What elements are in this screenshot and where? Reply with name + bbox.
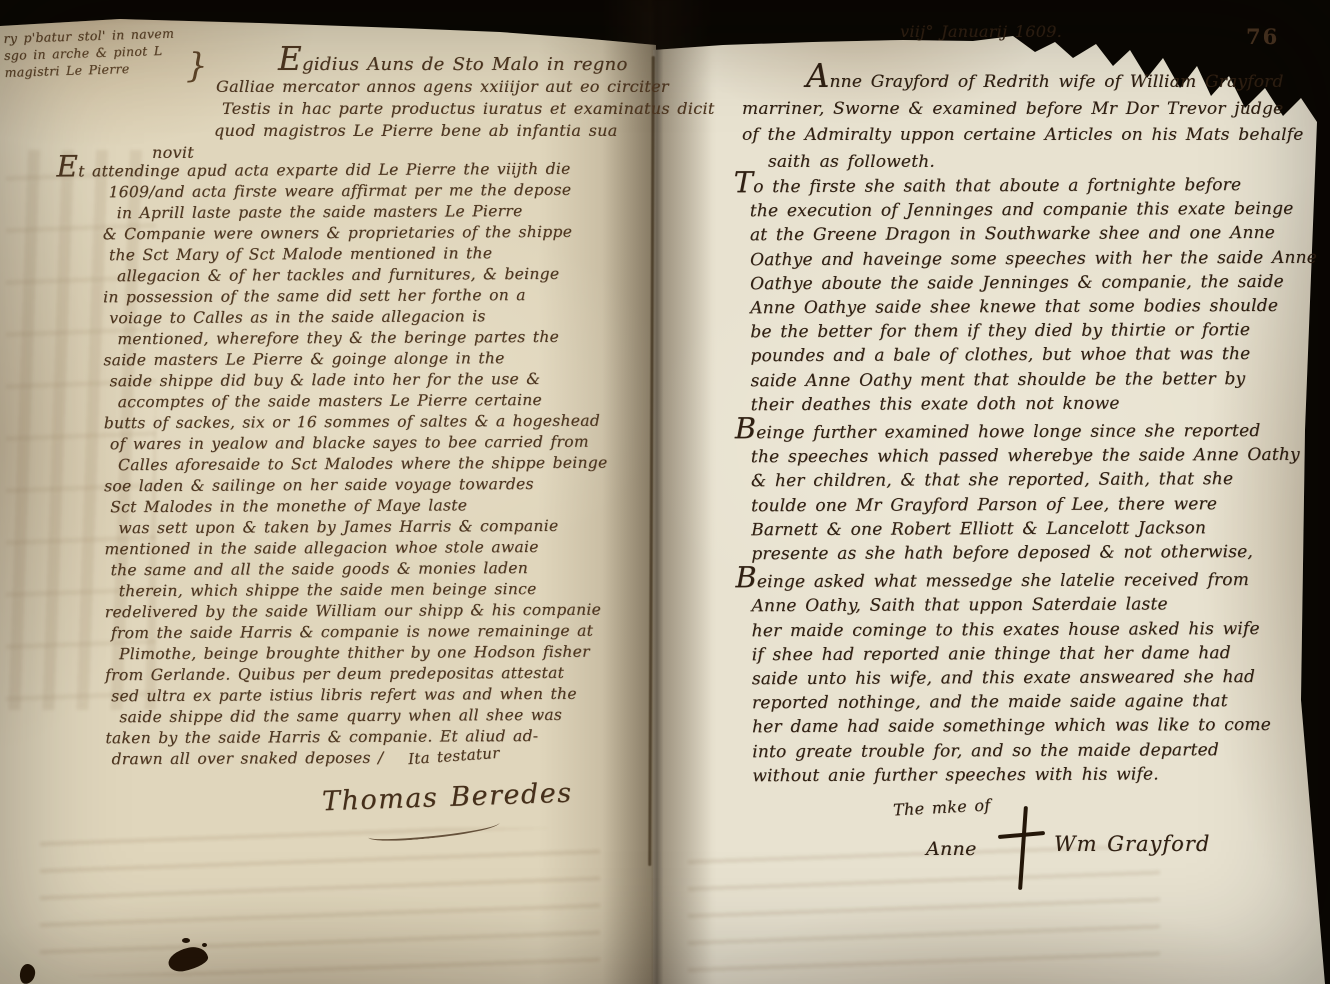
left-latin-preamble: Egidius Auns de Sto Malo in regnoGalliae… [130, 48, 655, 164]
deposition-line: mentioned, wherefore they & the beringe … [117, 327, 622, 351]
deposition-line: the execution of Jenninges and companie … [750, 197, 1314, 224]
deposition-line: was sett upon & taken by James Harris & … [118, 516, 623, 540]
answer-paragraph-2: Beinge further examined howe longe since… [735, 415, 1316, 567]
manuscript-photo: ry p'batur stol' in navemsgo in arche & … [0, 0, 1330, 984]
deposition-line: allegacion & of her tackles and furnitur… [117, 264, 622, 288]
cross-vertical-stroke [1018, 806, 1028, 890]
ink-blot [202, 943, 207, 947]
anne-mark-cross-icon [996, 806, 1048, 894]
deposition-line: To the firste she saith that aboute a fo… [734, 169, 1314, 200]
deposition-line: in Aprill laste paste the saide masters … [117, 201, 622, 225]
intro-line: marriner, Sworne & examined before Mr Do… [742, 96, 1307, 123]
deposition-line: Calles aforesaide to Sct Malodes where t… [118, 453, 623, 477]
deponent-intro: Anne Grayford of Redrith wife of William… [742, 64, 1307, 175]
deposition-line: soe laden & sailinge on her saide voyage… [104, 474, 623, 498]
answer-paragraph-1: To the firste she saith that aboute a fo… [734, 169, 1315, 418]
deposition-line: butts of sackes, six or 16 sommes of sal… [104, 411, 623, 435]
folio-page-number: 76 [1246, 24, 1279, 49]
date-heading: viij° Januarij 1609. [900, 22, 1062, 41]
deposition-line: in possession of the same did sett her f… [103, 285, 622, 309]
deposition-line: mentioned in the saide allegacion whoe s… [104, 537, 623, 561]
intro-line: Anne Grayford of Redrith wife of William… [806, 64, 1307, 96]
deposition-line: toulde one Mr Grayford Parson of Lee, th… [751, 491, 1315, 518]
left-deposition-body: Et attendinge apud acta exparte did Le P… [56, 153, 624, 771]
intro-line: of the Admiralty uppon certaine Articles… [742, 122, 1307, 149]
deposition-line: sed ultra ex parte istius libris refert … [111, 684, 624, 708]
deposition-line: Barnett & one Robert Elliott & Lancelott… [751, 516, 1315, 543]
preamble-line: Egidius Auns de Sto Malo in regno [278, 48, 655, 76]
deposition-line: at the Greene Dragon in Southwarke shee … [750, 221, 1314, 248]
deposition-line: & Companie were owners & proprietaries o… [103, 222, 622, 246]
deposition-line: Beinge further examined howe longe since… [735, 415, 1315, 446]
deposition-line: reported nothinge, and the maide saide a… [752, 689, 1316, 716]
deposition-line: of wares in yealow and blacke sayes to b… [110, 432, 623, 456]
deposition-line: the Sct Mary of Sct Malode mentioned in … [109, 243, 622, 267]
deposition-line: accomptes of the saide masters Le Pierre… [118, 390, 623, 414]
deposition-line: Anne Oathye saide shee knewe that some b… [750, 294, 1314, 321]
deposition-line: saide masters Le Pierre & goinge alonge … [103, 348, 622, 372]
answer-paragraph-3: Beinge asked what messedge she latelie r… [735, 564, 1316, 788]
deposition-line: Oathye aboute the saide Jenninges & comp… [750, 270, 1314, 297]
deposition-line: without anie further speeches with his w… [752, 762, 1316, 789]
deposition-line: Plimothe, beinge broughte thither by one… [119, 642, 624, 666]
deposition-line: saide unto his wife, and this exate answ… [752, 665, 1316, 692]
deposition-line: if shee had reported anie thinge that he… [752, 641, 1316, 668]
deposition-line: redelivered by the saide William our shi… [105, 600, 624, 624]
deposition-line: saide Anne Oathy ment that shoulde be th… [751, 366, 1315, 393]
right-deposition-body: To the firste she saith that aboute a fo… [734, 169, 1317, 789]
deposition-line: into greate trouble for, and so the maid… [752, 737, 1316, 764]
deposition-line: taken by the saide Harris & companie. Et… [105, 726, 624, 750]
deposition-line: her maide cominge to this exates house a… [752, 616, 1316, 643]
deposition-line: from the saide Harris & companie is nowe… [111, 621, 624, 645]
deposition-line: therein, which shippe the saide men bein… [119, 579, 624, 603]
deposition-line: her dame had saide somethinge which was … [752, 713, 1316, 740]
deposition-line: Sct Malodes in the monethe of Maye laste [110, 495, 623, 519]
deposition-line: Beinge asked what messedge she latelie r… [735, 564, 1315, 595]
deposition-line: Oathye and haveinge some speeches with h… [750, 245, 1314, 272]
deposition-line: the speeches which passed wherebye the s… [751, 443, 1315, 470]
deposition-line: saide shippe did buy & lade into her for… [110, 369, 623, 393]
preamble-line: Galliae mercator annos agens xxiiijor au… [216, 76, 655, 98]
deposition-line: from Gerlande. Quibus per deum predeposi… [105, 663, 624, 687]
deposition-line: be the better for them if they died by t… [750, 318, 1314, 345]
ink-blot [182, 938, 190, 943]
mark-name-grayford: Wm Grayford [1054, 832, 1210, 856]
deposition-line: saide shippe did the same quarry when al… [119, 705, 624, 729]
deposition-line: drawn all over snaked deposes / [112, 747, 625, 771]
preamble-line: quod magistros Le Pierre bene ab infanti… [214, 120, 655, 142]
mark-name-anne: Anne [926, 838, 977, 860]
deposition-line: 1609/and acta firste weare affirmat per … [109, 180, 622, 204]
deposition-line: Anne Oathy, Saith that uppon Saterdaie l… [752, 592, 1316, 619]
deposition-line: the same and all the saide goods & monie… [111, 558, 624, 582]
deposition-line: voiage to Calles as in the saide allegac… [109, 306, 622, 330]
preamble-line: Testis in hac parte productus iuratus et… [222, 98, 655, 120]
deposition-line: poundes and a bale of clothes, but whoe … [750, 342, 1314, 369]
deposition-line: & her children, & that she reported, Sai… [751, 467, 1315, 494]
deposition-line: their deathes this exate doth not knowe [751, 391, 1315, 418]
deposition-line: presente as she hath before deposed & no… [751, 540, 1315, 567]
deposition-line: Et attendinge apud acta exparte did Le P… [56, 153, 621, 183]
